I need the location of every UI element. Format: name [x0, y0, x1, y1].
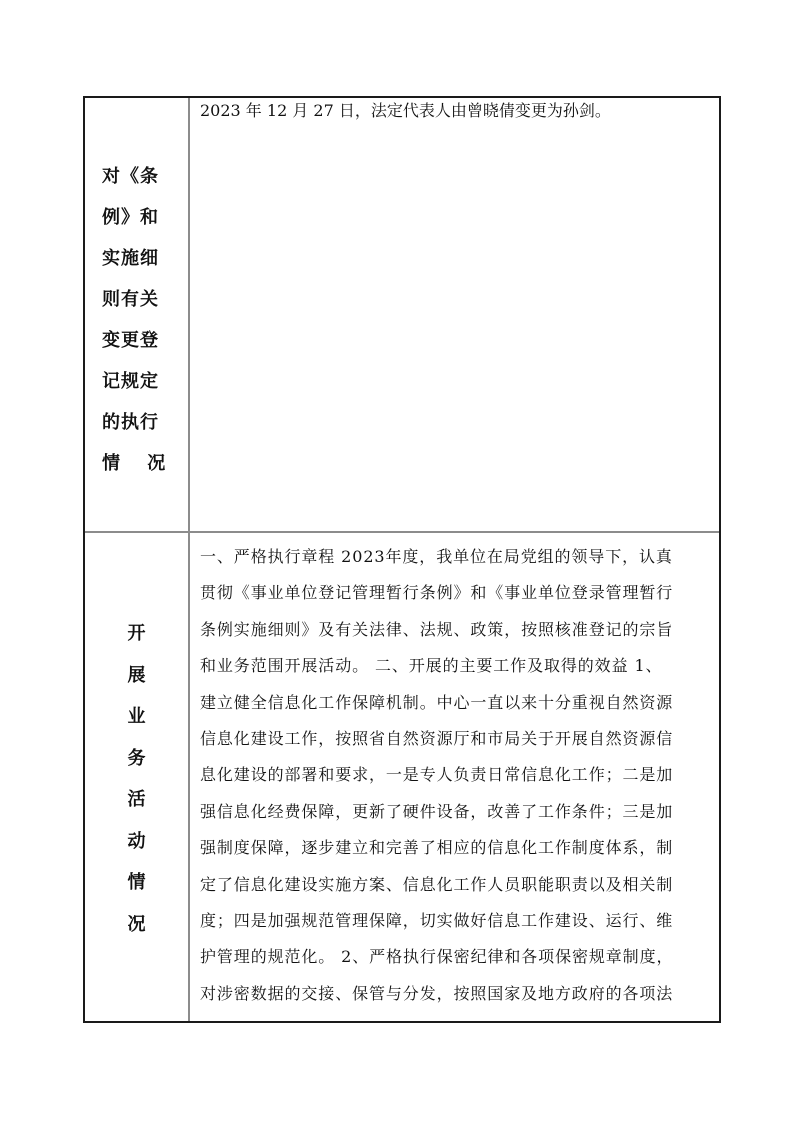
row-content-cell: 一、严格执行章程 2023年度，我单位在局党组的领导下，认真 贯彻《事业单位登记… — [190, 533, 719, 1021]
text-line: 护管理的规范化。 2、严格执行保密纪律和各项保密规章制度， — [200, 939, 715, 975]
text-line: 定了信息化建设实施方案、信息化工作人员职能职责以及相关制 — [200, 867, 715, 903]
text-line: 和业务范围开展活动。 二、开展的主要工作及取得的效益 1、 — [200, 648, 715, 684]
text-line: 度；四是加强规范管理保障，切实做好信息工作建设、运行、维 — [200, 903, 715, 939]
label-line: 情 — [85, 862, 188, 904]
text-line: 条例实施细则》及有关法律、法规、政策，按照核准登记的宗旨 — [200, 612, 715, 648]
report-table: 对《条 例》和 实施细 则有关 变更登 记规定 的执行 情 况 2023 年 1… — [83, 96, 721, 1023]
label-line: 的执行 — [102, 402, 178, 443]
registration-change-text: 2023 年 12 月 27 日，法定代表人由曾晓倩变更为孙剑。 — [200, 100, 611, 122]
text-line: 一、严格执行章程 2023年度，我单位在局党组的领导下，认真 — [200, 539, 715, 575]
row-label-registration-changes: 对《条 例》和 实施细 则有关 变更登 记规定 的执行 情 况 — [102, 156, 178, 484]
label-line: 记规定 — [102, 361, 178, 402]
table-row-business-activities: 开 展 业 务 活 动 情 况 一、严格执行章程 2023年度，我单位在局党组的… — [85, 533, 719, 1021]
label-line: 动 — [85, 821, 188, 863]
label-line: 况 — [85, 904, 188, 946]
label-line: 情 况 — [102, 443, 178, 484]
label-line: 则有关 — [102, 279, 178, 320]
table-row-registration-changes: 对《条 例》和 实施细 则有关 变更登 记规定 的执行 情 况 2023 年 1… — [85, 98, 719, 533]
text-line: 息化建设的部署和要求，一是专人负责日常信息化工作；二是加 — [200, 757, 715, 793]
row-content-cell: 2023 年 12 月 27 日，法定代表人由曾晓倩变更为孙剑。 — [190, 98, 719, 531]
label-line: 开 — [85, 613, 188, 655]
label-line: 业 — [85, 696, 188, 738]
label-line: 展 — [85, 655, 188, 697]
label-line: 对《条 — [102, 156, 178, 197]
text-line: 对涉密数据的交接、保管与分发，按照国家及地方政府的各项法 — [200, 976, 715, 1012]
row-label-cell: 开 展 业 务 活 动 情 况 — [85, 533, 190, 1021]
label-line: 例》和 — [102, 197, 178, 238]
label-line: 活 — [85, 779, 188, 821]
text-line: 贯彻《事业单位登记管理暂行条例》和《事业单位登录管理暂行 — [200, 575, 715, 611]
row-label-cell: 对《条 例》和 实施细 则有关 变更登 记规定 的执行 情 况 — [85, 98, 190, 531]
text-line: 强制度保障，逐步建立和完善了相应的信息化工作制度体系，制 — [200, 830, 715, 866]
text-line: 建立健全信息化工作保障机制。中心一直以来十分重视自然资源 — [200, 685, 715, 721]
business-activities-text: 一、严格执行章程 2023年度，我单位在局党组的领导下，认真 贯彻《事业单位登记… — [200, 539, 715, 1012]
label-line: 务 — [85, 738, 188, 780]
text-line: 强信息化经费保障，更新了硬件设备，改善了工作条件；三是加 — [200, 794, 715, 830]
row-label-business-activities: 开 展 业 务 活 动 情 况 — [85, 613, 188, 945]
label-line: 实施细 — [102, 238, 178, 279]
label-line: 变更登 — [102, 320, 178, 361]
text-line: 信息化建设工作，按照省自然资源厅和市局关于开展自然资源信 — [200, 721, 715, 757]
